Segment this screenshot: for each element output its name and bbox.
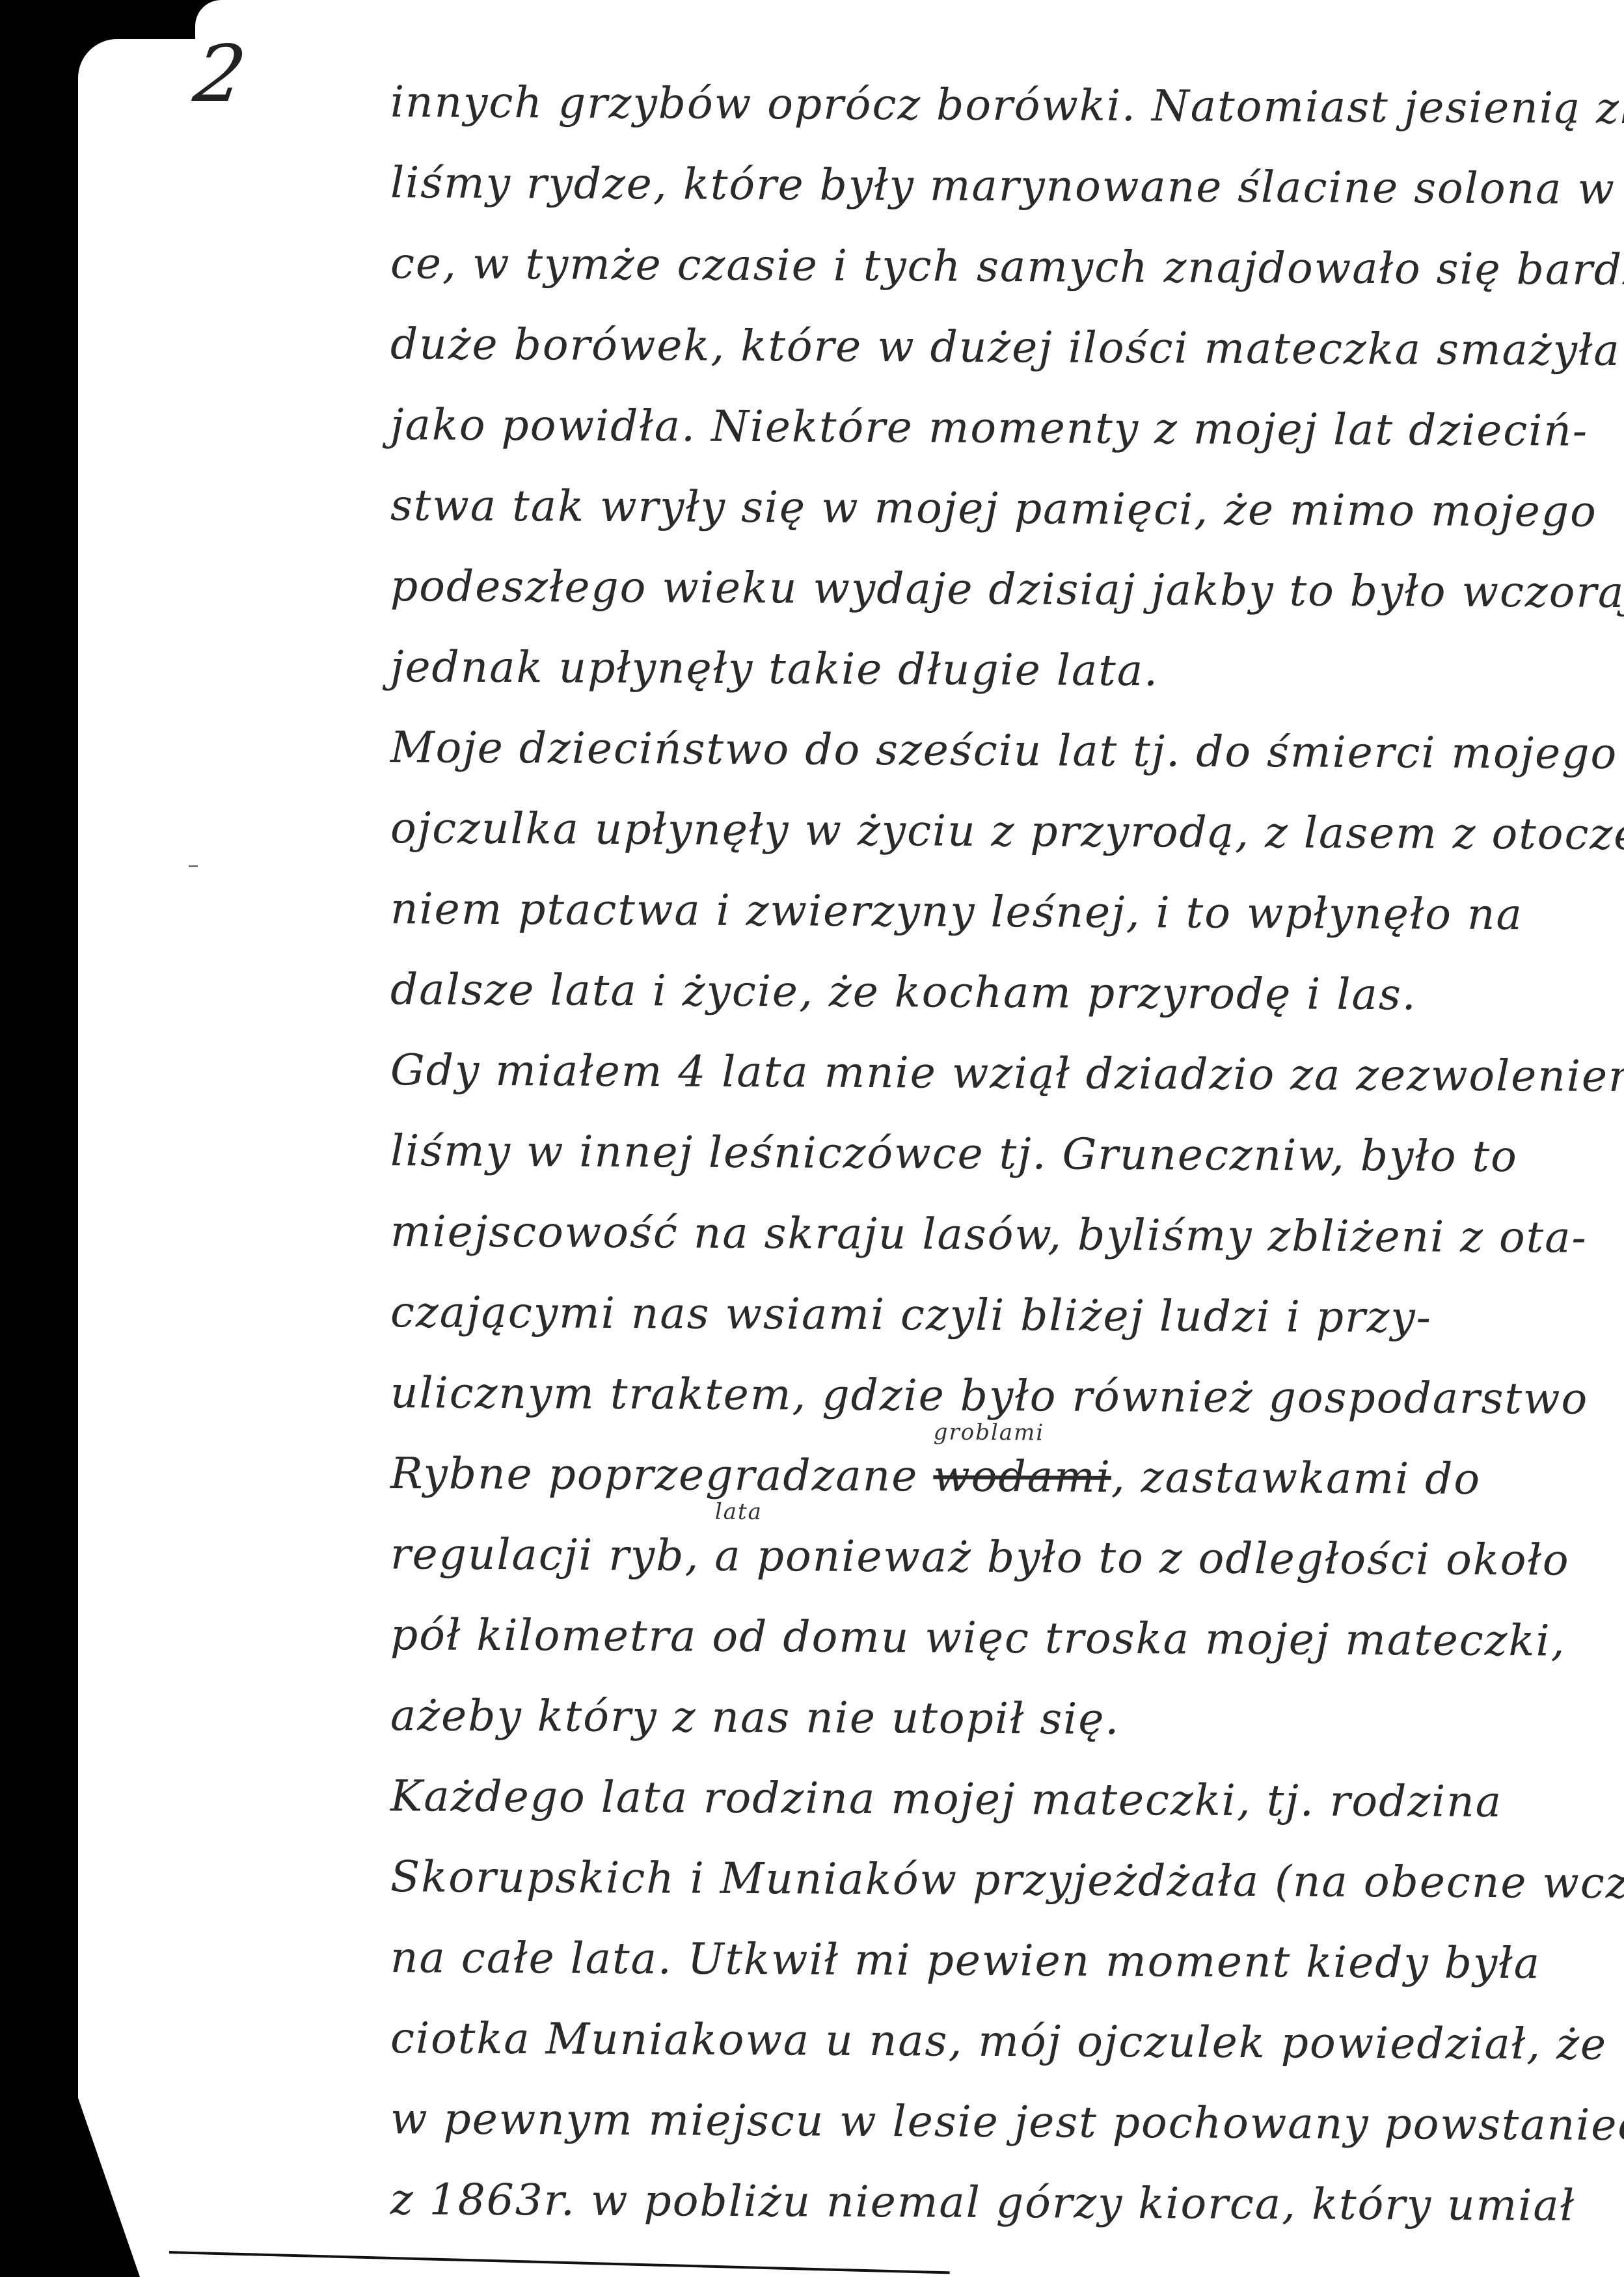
text-line: liśmy rydze, które były marynowane ślaci… [390, 142, 1601, 230]
text-line: w pewnym miejscu w lesie jest pochowany … [390, 2079, 1601, 2166]
text-line: niem ptactwa i zwierzyny leśnej, i to wp… [390, 869, 1601, 956]
text-line: ciotka Muniakowa u nas, mój ojczulek pow… [390, 1998, 1601, 2085]
text-line: duże borówek, które w dużej ilości matec… [390, 304, 1601, 391]
text-segment: regulacji ryb, [390, 1529, 715, 1581]
text-line: z 1863r. w pobliżu niemal górzy kiorca, … [390, 2159, 1601, 2246]
inserted-word: groblami [934, 1421, 1045, 1444]
text-line: Każdego lata rodzina mojej mateczki, tj.… [390, 1756, 1601, 1843]
text-line: stwa tak wryły się w mojej pamięci, że m… [390, 465, 1601, 552]
text-line: Rybne poprzegradzane groblamiwodami, zas… [390, 1433, 1601, 1520]
text-line: ażeby który z nas nie utopił się. [390, 1675, 1601, 1762]
text-line: ce, w tymże czasie i tych samych znajdow… [390, 223, 1601, 310]
text-line: czającymi nas wsiami czyli bliżej ludzi … [390, 1272, 1601, 1359]
text-line: dalsze lata i życie, że kocham przyrodę … [390, 949, 1601, 1036]
text-line: innych grzybów oprócz borówki. Natomiast… [390, 62, 1601, 149]
text-segment: , zastawkami do [1111, 1452, 1482, 1504]
text-line: na całe lata. Utkwił mi pewien moment ki… [390, 1917, 1601, 2004]
text-line: Gdy miałem 4 lata mnie wziął dziadzio za… [390, 1030, 1601, 1117]
text-segment: a ponieważ było to z odległości około [714, 1531, 1570, 1585]
text-line: regulacji ryb, lataa ponieważ było to z … [390, 1514, 1601, 1601]
text-line: pół kilometra od domu więc troska mojej … [390, 1595, 1601, 1682]
text-line: ojczulka upłynęły w życiu z przyrodą, z … [390, 788, 1601, 875]
text-line: podeszłego wieku wydaje dzisiaj jakby to… [390, 546, 1601, 633]
text-line: jednak upłynęły takie długie lata. [390, 627, 1601, 714]
struck-word: wodami [933, 1451, 1111, 1502]
correction: groblamiwodami [933, 1451, 1111, 1502]
text-line: Moje dzieciństwo do sześciu lat tj. do ś… [390, 707, 1601, 794]
text-line: miejscowość na skraju lasów, byliśmy zbl… [390, 1191, 1601, 1278]
text-line: jako powidła. Niektóre momenty z mojej l… [390, 384, 1601, 472]
text-segment: Rybne poprzegradzane [390, 1448, 934, 1501]
margin-mark [189, 865, 198, 867]
inserted-word: lata [715, 1501, 763, 1523]
text-line: liśmy w innej leśniczówce tj. Gruneczniw… [390, 1111, 1601, 1198]
text-line: Skorupskich i Muniaków przyjeżdżała (na … [390, 1837, 1601, 1924]
handwritten-text-body: innych grzybów oprócz borówki. Natomiast… [390, 65, 1601, 2243]
